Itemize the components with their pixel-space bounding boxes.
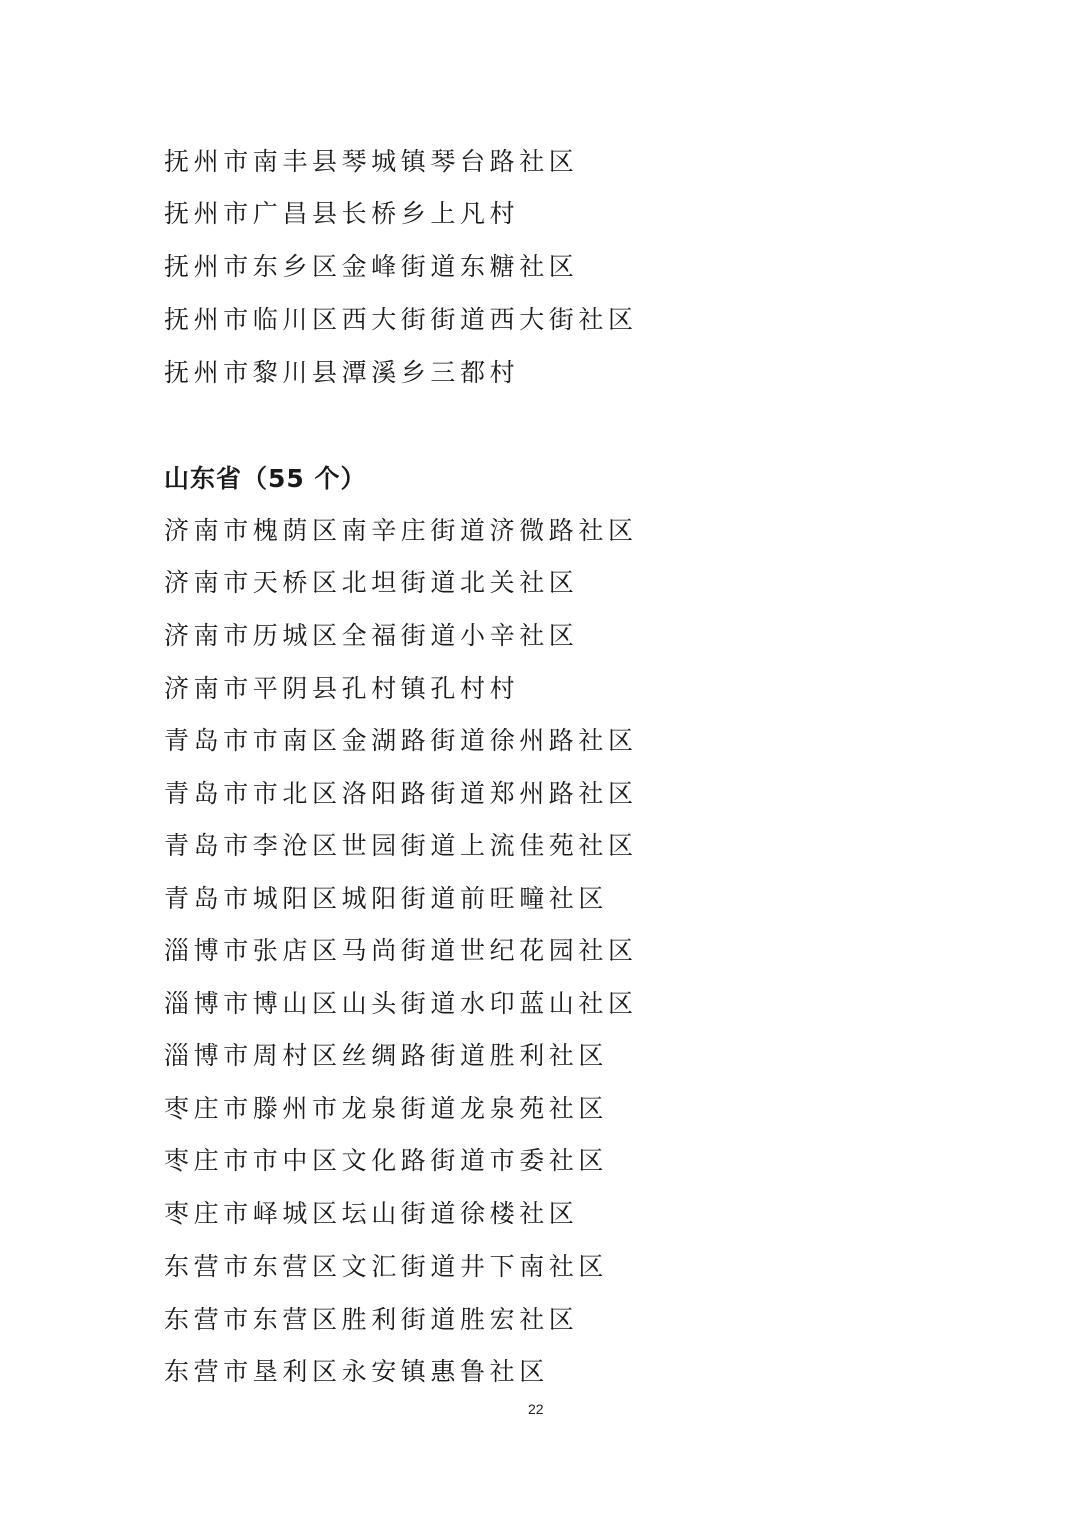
list-item: 东营市垦利区永安镇惠鲁社区: [164, 1352, 549, 1392]
list-item: 济南市平阴县孔村镇孔村村: [164, 669, 519, 709]
section-heading: 山东省（55 个）: [164, 459, 367, 499]
list-item: 枣庄市峄城区坛山街道徐楼社区: [164, 1194, 578, 1234]
list-item: 抚州市东乡区金峰街道东糖社区: [164, 247, 578, 287]
list-item: 枣庄市滕州市龙泉街道龙泉苑社区: [164, 1089, 608, 1129]
document-page: 抚州市南丰县琴城镇琴台路社区 抚州市广昌县长桥乡上凡村 抚州市东乡区金峰街道东糖…: [0, 0, 1080, 1527]
list-item: 抚州市临川区西大街街道西大街社区: [164, 300, 638, 340]
list-item: 济南市槐荫区南辛庄街道济微路社区: [164, 511, 638, 551]
list-item: 抚州市广昌县长桥乡上凡村: [164, 194, 519, 234]
list-item: 济南市天桥区北坦街道北关社区: [164, 563, 578, 603]
list-item: 枣庄市市中区文化路街道市委社区: [164, 1141, 608, 1181]
list-item: 东营市东营区胜利街道胜宏社区: [164, 1300, 578, 1340]
page-number: 22: [528, 1399, 544, 1419]
list-item: 济南市历城区全福街道小辛社区: [164, 616, 578, 656]
list-item: 青岛市李沧区世园街道上流佳苑社区: [164, 826, 638, 866]
list-item: 淄博市博山区山头街道水印蓝山社区: [164, 984, 638, 1024]
list-item: 淄博市张店区马尚街道世纪花园社区: [164, 931, 638, 971]
list-item: 东营市东营区文汇街道井下南社区: [164, 1247, 608, 1287]
list-item: 淄博市周村区丝绸路街道胜利社区: [164, 1036, 608, 1076]
list-item: 抚州市南丰县琴城镇琴台路社区: [164, 142, 578, 182]
list-item: 青岛市城阳区城阳街道前旺疃社区: [164, 879, 608, 919]
list-item: 青岛市市南区金湖路街道徐州路社区: [164, 721, 638, 761]
list-item: 抚州市黎川县潭溪乡三都村: [164, 353, 519, 393]
list-item: 青岛市市北区洛阳路街道郑州路社区: [164, 774, 638, 814]
